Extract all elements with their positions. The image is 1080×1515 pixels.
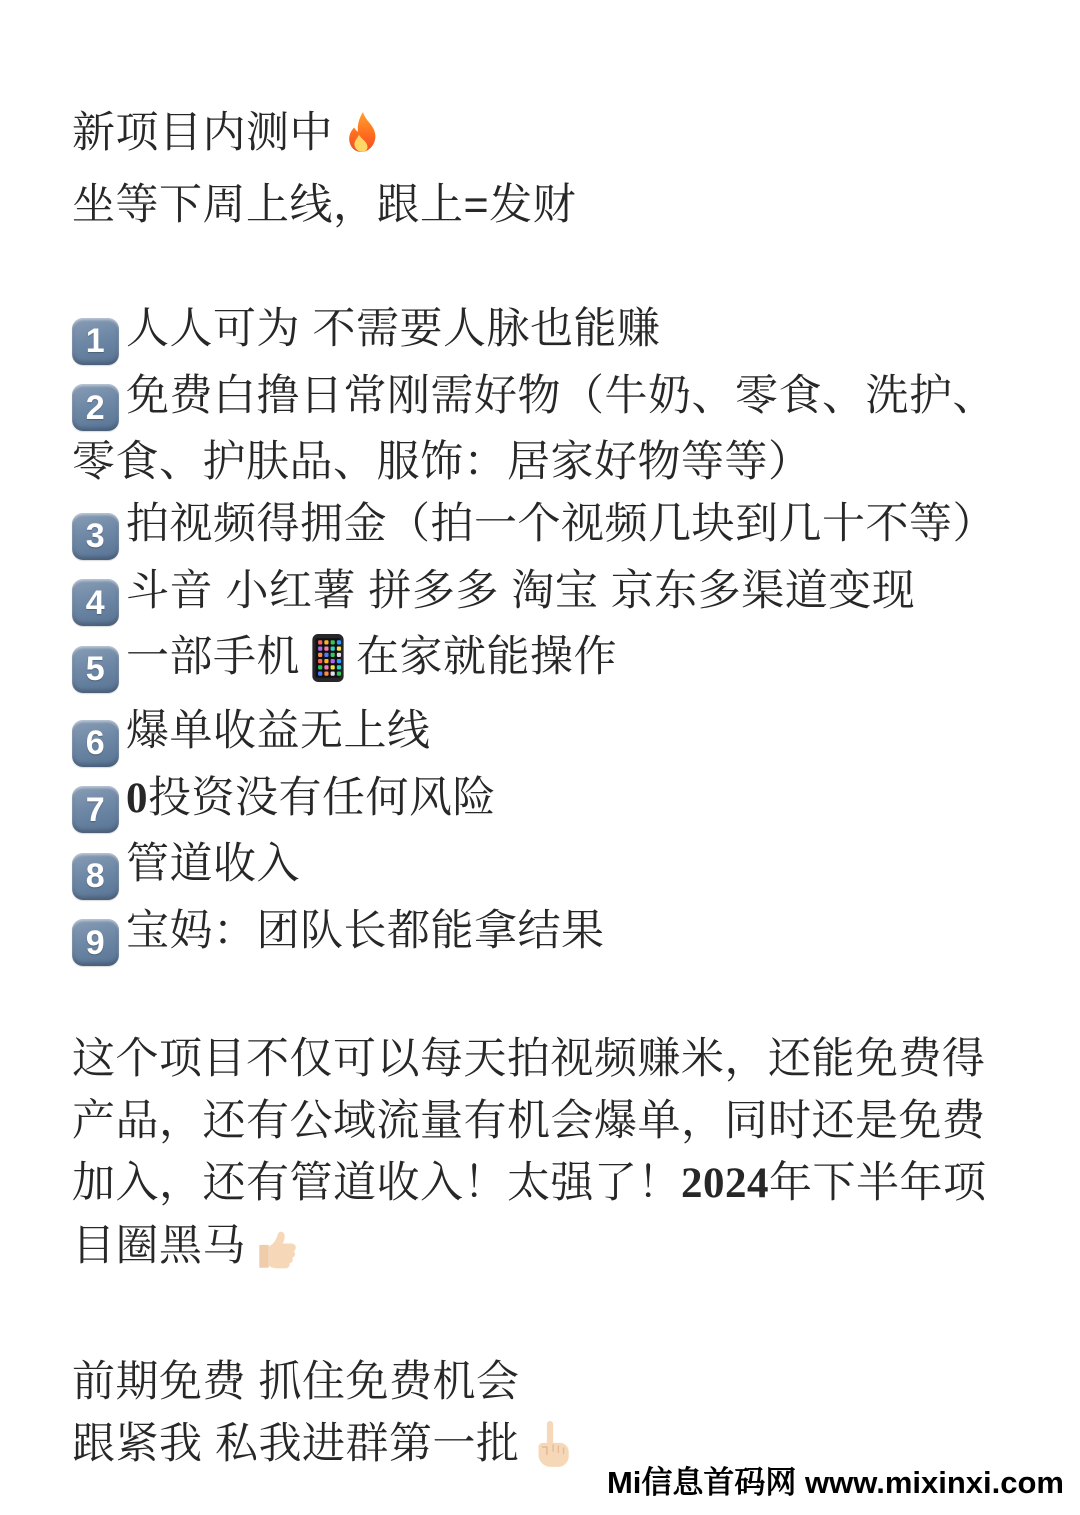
post-body: 新项目内测中 坐等下周上线，跟上=发财 1人人可为 不需要人脉也能赚 2免费白撸… [0,0,1080,1487]
header-line-1: 新项目内测中 [72,102,1024,174]
list-item-3-text: 拍视频得拥金（拍一个视频几块到几十不等） [126,500,996,548]
keycap-7-icon: 7 [72,786,119,833]
list-item-3: 3拍视频得拥金（拍一个视频几块到几十不等） [72,493,1024,560]
keycap-3-icon: 3 [72,513,119,560]
footer-line-2-text: 跟紧我 私我进群第一批 [72,1420,519,1468]
fire-icon [341,111,385,174]
list-item-6-text: 爆单收益无上线 [126,707,431,755]
list-item-1: 1人人可为 不需要人脉也能赚 [72,298,1024,365]
footer-line-1: 前期免费 抓住免费机会 [72,1351,1024,1413]
mobile-phone-icon [310,633,346,700]
list-item-6: 6爆单收益无上线 [72,700,1024,767]
list-item-7-text: 投资没有任何风险 [148,774,496,822]
keycap-9-icon: 9 [72,919,119,966]
keycap-2-icon: 2 [72,384,119,431]
summary-paragraph: 这个项目不仅可以每天拍视频赚米，还能免费得产品，还有公域流量有机会爆单，同时还是… [72,1028,1024,1289]
keycap-1-icon: 1 [72,318,119,365]
list-item-8-text: 管道收入 [126,840,300,888]
list-item-7: 70投资没有任何风险 [72,767,1024,834]
header-line-1-text: 新项目内测中 [72,109,333,157]
list-item-2: 2免费白撸日常刚需好物（牛奶、零食、洗护、零食、护肤品、服饰：居家好物等等） [72,365,1024,494]
header-line-2: 坐等下周上线，跟上=发财 [72,174,1024,236]
list-item-8: 8管道收入 [72,833,1024,900]
summary-year: 2024 [681,1160,769,1207]
list-item-9: 9宝妈：团队长都能拿结果 [72,900,1024,967]
watermark: Mi信息首码网 www.mixinxi.com [607,1457,1064,1502]
point-up-icon [529,1420,571,1487]
list-item-4: 4斗音 小红薯 拼多多 淘宝 京东多渠道变现 [72,560,1024,627]
list-item-4-text: 斗音 小红薯 拼多多 淘宝 京东多渠道变现 [126,567,915,615]
feature-list: 1人人可为 不需要人脉也能赚 2免费白撸日常刚需好物（牛奶、零食、洗护、零食、护… [72,298,1024,966]
list-item-2-text: 免费白撸日常刚需好物（牛奶、零食、洗护、零食、护肤品、服饰：居家好物等等） [72,372,996,487]
spacer [72,966,1024,1028]
list-item-5-text-before: 一部手机 [126,633,300,681]
list-item-5-text-after: 在家就能操作 [356,633,617,681]
keycap-5-icon: 5 [72,646,119,693]
list-item-1-text: 人人可为 不需要人脉也能赚 [126,305,660,353]
list-item-5: 5一部手机在家就能操作 [72,626,1024,700]
spacer [72,1289,1024,1351]
keycap-6-icon: 6 [72,720,119,767]
list-item-7-zero: 0 [126,775,148,822]
keycap-8-icon: 8 [72,853,119,900]
keycap-4-icon: 4 [72,579,119,626]
thumbs-up-icon [252,1224,302,1289]
list-item-9-text: 宝妈：团队长都能拿结果 [126,907,605,955]
spacer [72,236,1024,298]
